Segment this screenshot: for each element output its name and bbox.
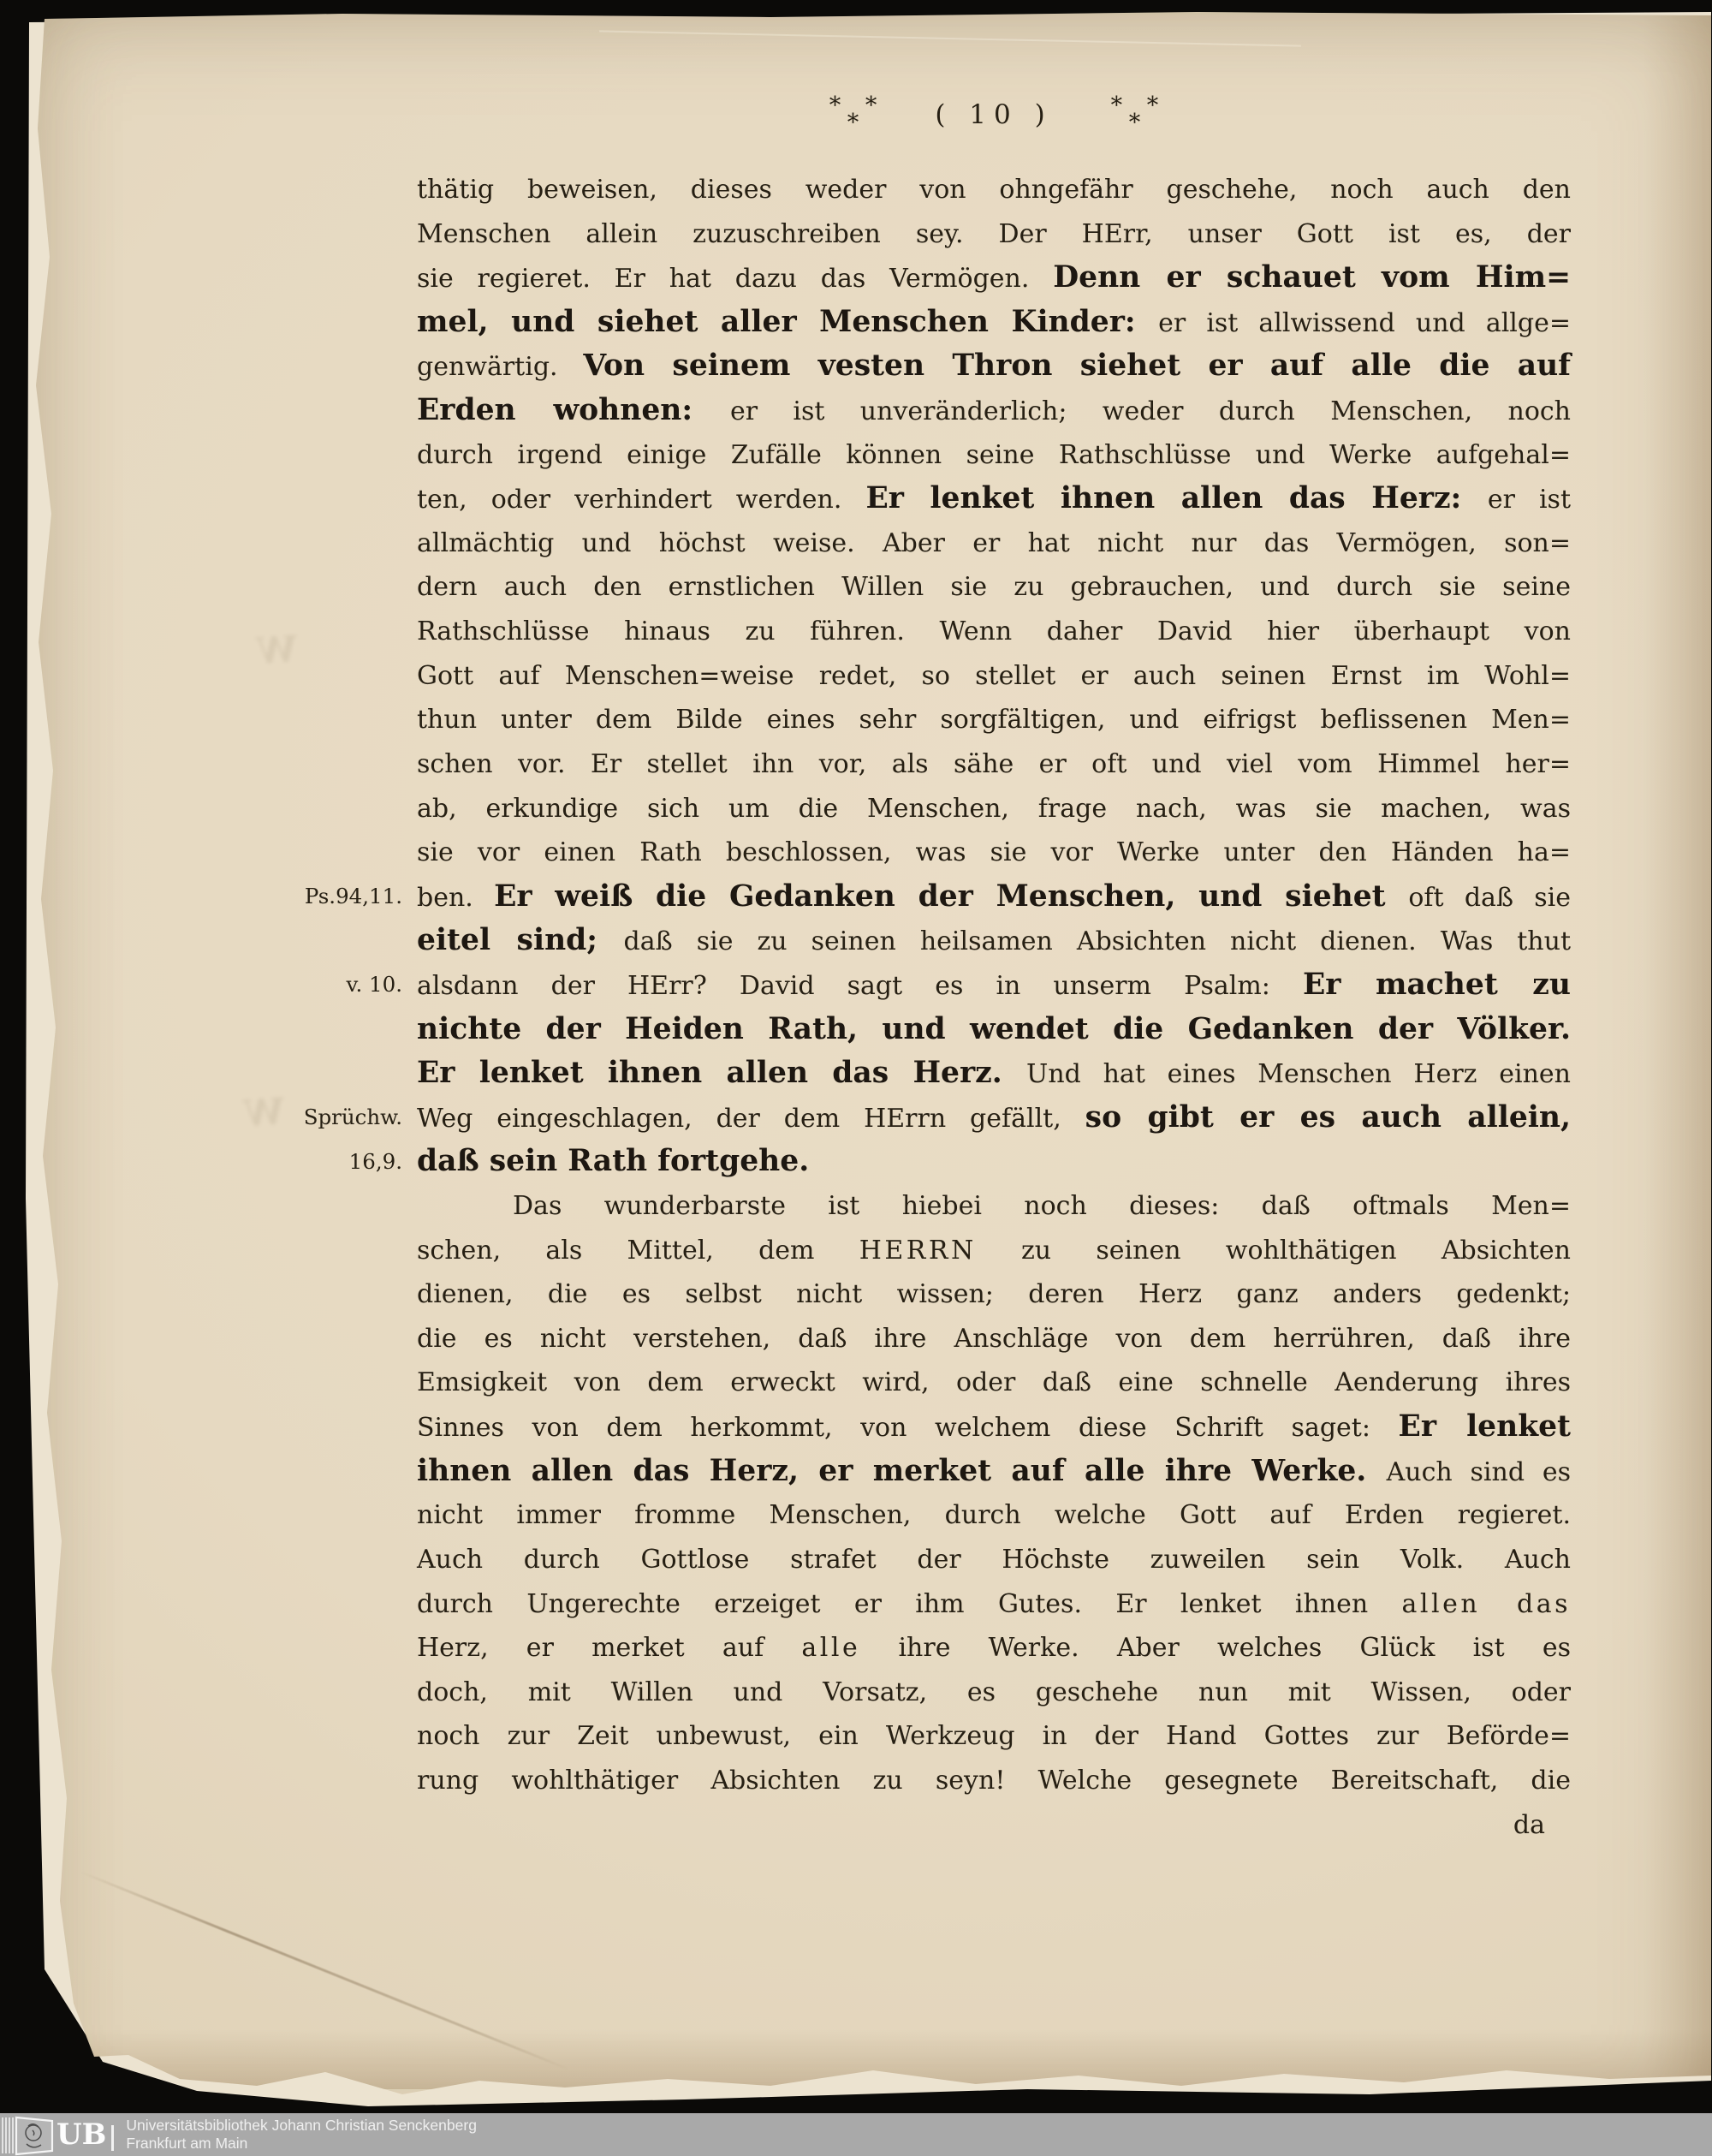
text-segment: dern auch den ernstlichen Willen sie zu … bbox=[417, 572, 1571, 602]
text-line: mel, und siehet aller Menschen Kinder: e… bbox=[417, 301, 1571, 345]
text-segment: ab, erkundige sich um die Menschen, frag… bbox=[417, 794, 1571, 824]
logo-separator bbox=[111, 2125, 114, 2151]
text-line: thätig beweisen, dieses weder von ohngef… bbox=[417, 168, 1571, 212]
text-segment: rung wohlthätiger Absichten zu seyn! Wel… bbox=[417, 1766, 1571, 1796]
page-header: * * * ( 10 ) * * * bbox=[417, 94, 1571, 135]
text-line: doch, mit Willen und Vorsatz, es gescheh… bbox=[417, 1671, 1571, 1715]
text-line: ihnen allen das Herz, er merket auf alle… bbox=[417, 1450, 1571, 1494]
text-segment: ten, oder verhindert werden. bbox=[417, 485, 865, 515]
text-line: durch irgend einige Zufälle können seine… bbox=[417, 433, 1571, 478]
text-line: daß sein Rath fortgehe. bbox=[417, 1140, 1571, 1184]
text-line: Er lenket ihnen allen das Herz. Und hat … bbox=[417, 1051, 1571, 1096]
library-location: Frankfurt am Main bbox=[126, 2135, 477, 2153]
text-line: Gott auf Menschen=weise redet, so stelle… bbox=[417, 654, 1571, 699]
text-segment: alsdann der HErr? David sagt es in unser… bbox=[417, 971, 1303, 1001]
text-segment: er ist unveränderlich; weder durch Mensc… bbox=[730, 396, 1571, 426]
text-segment: Emsigkeit von dem erweckt wird, oder daß… bbox=[417, 1367, 1571, 1397]
text-line: sie vor einen Rath beschlossen, was sie … bbox=[417, 831, 1571, 875]
scripture-quote-segment: Von seinem vesten Thron siehet er auf al… bbox=[583, 348, 1571, 383]
text-segment: noch zur Zeit unbewust, ein Werkzeug in … bbox=[417, 1721, 1571, 1751]
text-segment: thätig beweisen, dieses weder von ohngef… bbox=[417, 175, 1571, 205]
text-line: schen, als Mittel, dem HERRN zu seinen w… bbox=[417, 1229, 1571, 1273]
asterisk-ornament-left: * * * bbox=[821, 98, 886, 132]
library-name: Universitätsbibliothek Johann Christian … bbox=[126, 2117, 477, 2135]
margin-note: v. 10. bbox=[255, 965, 402, 1004]
text-segment: oft daß sie bbox=[1408, 883, 1571, 913]
scripture-quote-segment: nichte der Heiden Rath, und wendet die G… bbox=[417, 1012, 1571, 1046]
text-segment: ben. bbox=[417, 883, 494, 913]
scripture-quote-segment: Erden wohnen: bbox=[417, 393, 730, 427]
text-line: Sinnes von dem herkommt, von welchem die… bbox=[417, 1405, 1571, 1450]
text-segment: durch Ungerechte erzeiget er ihm Gutes. … bbox=[417, 1589, 1402, 1619]
ink-bleed-mark: W bbox=[255, 628, 298, 672]
catchword: da bbox=[417, 1803, 1545, 1848]
text-line: ten, oder verhindert werden. Er lenket i… bbox=[417, 477, 1571, 521]
text-segment: er ist allwissend und allge= bbox=[1158, 308, 1571, 338]
text-segment: thun unter dem Bilde eines sehr sorgfält… bbox=[417, 705, 1571, 735]
text-line: eitel sind; daß sie zu seinen heilsamen … bbox=[417, 919, 1571, 963]
library-name-block: Universitätsbibliothek Johann Christian … bbox=[126, 2117, 477, 2153]
text-line: genwärtig. Von seinem vesten Thron siehe… bbox=[417, 344, 1571, 389]
scripture-quote-segment: eitel sind; bbox=[417, 923, 624, 957]
text-line: Rathschlüsse hinaus zu führen. Wenn dahe… bbox=[417, 610, 1571, 654]
text-line: Weg eingeschlagen, der dem HErrn gefällt… bbox=[417, 1096, 1571, 1141]
text-segment: Auch sind es bbox=[1387, 1457, 1571, 1487]
text-line: rung wohlthätiger Absichten zu seyn! Wel… bbox=[417, 1759, 1571, 1803]
text-segment: HERRN bbox=[859, 1236, 977, 1266]
margin-note: 16,9. bbox=[255, 1142, 402, 1182]
text-segment: sie regieret. Er hat dazu das Vermögen. bbox=[417, 264, 1053, 294]
text-segment: allen das bbox=[1402, 1589, 1571, 1619]
text-segment: Menschen allein zuzuschreiben sey. Der H… bbox=[417, 219, 1571, 249]
text-segment: Gott auf Menschen=weise redet, so stelle… bbox=[417, 661, 1571, 691]
text-segment: schen vor. Er stellet ihn vor, als sähe … bbox=[417, 749, 1571, 779]
text-line: die es nicht verstehen, daß ihre Anschlä… bbox=[417, 1317, 1571, 1361]
margin-note: Sprüchw. bbox=[255, 1098, 402, 1137]
text-line: allmächtig und höchst weise. Aber er hat… bbox=[417, 521, 1571, 566]
asterisk-ornament-right: * * * bbox=[1103, 98, 1168, 132]
text-segment: sie vor einen Rath beschlossen, was sie … bbox=[417, 837, 1571, 867]
text-line: noch zur Zeit unbewust, ein Werkzeug in … bbox=[417, 1714, 1571, 1759]
text-line: Herz, er merket auf alle ihre Werke. Abe… bbox=[417, 1626, 1571, 1671]
text-segment: allmächtig und höchst weise. Aber er hat… bbox=[417, 528, 1571, 558]
text-line: nichte der Heiden Rath, und wendet die G… bbox=[417, 1008, 1571, 1052]
scripture-quote-segment: Er lenket bbox=[1399, 1409, 1571, 1444]
ub-logo: UB bbox=[0, 2113, 114, 2156]
text-line: dienen, die es selbst nicht wissen; dere… bbox=[417, 1272, 1571, 1317]
scripture-quote-segment: Denn er schauet vom Him= bbox=[1053, 260, 1571, 295]
ub-acronym: UB bbox=[56, 2113, 106, 2156]
text-segment: durch irgend einige Zufälle können seine… bbox=[417, 440, 1571, 470]
text-segment: Das wunderbarste ist hiebei noch dieses:… bbox=[513, 1191, 1571, 1221]
text-segment: nicht immer fromme Menschen, durch welch… bbox=[417, 1500, 1571, 1530]
scripture-quote-segment: Er lenket ihnen allen das Herz: bbox=[865, 481, 1487, 515]
text-line: ab, erkundige sich um die Menschen, frag… bbox=[417, 787, 1571, 831]
text-line: thun unter dem Bilde eines sehr sorgfält… bbox=[417, 698, 1571, 742]
text-segment: ihre Werke. Aber welches Glück ist es bbox=[860, 1633, 1571, 1663]
scripture-quote-segment: mel, und siehet aller Menschen Kinder: bbox=[417, 305, 1158, 339]
text-line: Menschen allein zuzuschreiben sey. Der H… bbox=[417, 212, 1571, 257]
text-segment: zu seinen wohlthätigen Absichten bbox=[977, 1236, 1571, 1266]
text-line: sie regieret. Er hat dazu das Vermögen. … bbox=[417, 256, 1571, 301]
text-line: schen vor. Er stellet ihn vor, als sähe … bbox=[417, 742, 1571, 787]
scripture-quote-segment: ihnen allen das Herz, er merket auf alle… bbox=[417, 1454, 1387, 1488]
text-segment: Rathschlüsse hinaus zu führen. Wenn dahe… bbox=[417, 616, 1571, 646]
text-segment: doch, mit Willen und Vorsatz, es gescheh… bbox=[417, 1677, 1571, 1707]
text-line: Das wunderbarste ist hiebei noch dieses:… bbox=[417, 1184, 1571, 1229]
text-segment: Auch durch Gottlose strafet der Höchste … bbox=[417, 1545, 1571, 1575]
body-text: thätig beweisen, dieses weder von ohngef… bbox=[417, 168, 1571, 1803]
text-segment: genwärtig. bbox=[417, 352, 583, 382]
text-line: nicht immer fromme Menschen, durch welch… bbox=[417, 1493, 1571, 1538]
text-line: Erden wohnen: er ist unveränderlich; wed… bbox=[417, 389, 1571, 433]
text-segment: Und hat eines Menschen Herz einen bbox=[1026, 1059, 1571, 1089]
text-segment: Weg eingeschlagen, der dem HErrn gefällt… bbox=[417, 1104, 1085, 1134]
margin-note: Ps.94,11. bbox=[255, 877, 402, 916]
page-number: ( 10 ) bbox=[935, 94, 1052, 135]
text-line: alsdann der HErr? David sagt es in unser… bbox=[417, 963, 1571, 1008]
text-line: Auch durch Gottlose strafet der Höchste … bbox=[417, 1538, 1571, 1582]
text-segment: alle bbox=[801, 1633, 860, 1663]
text-line: Emsigkeit von dem erweckt wird, oder daß… bbox=[417, 1361, 1571, 1405]
scripture-quote-segment: Er weiß die Gedanken der Menschen, und s… bbox=[494, 879, 1408, 914]
text-line: durch Ungerechte erzeiget er ihm Gutes. … bbox=[417, 1582, 1571, 1627]
text-line: dern auch den ernstlichen Willen sie zu … bbox=[417, 565, 1571, 610]
text-segment: schen, als Mittel, dem bbox=[417, 1236, 859, 1266]
ub-logo-icon bbox=[0, 2113, 55, 2156]
text-segment: Sinnes von dem herkommt, von welchem die… bbox=[417, 1413, 1399, 1443]
text-segment: die es nicht verstehen, daß ihre Anschlä… bbox=[417, 1324, 1571, 1354]
text-segment: daß sie zu seinen heilsamen Absichten ni… bbox=[624, 926, 1571, 956]
library-footer-bar: UB Universitätsbibliothek Johann Christi… bbox=[0, 2113, 1712, 2156]
scripture-quote-segment: daß sein Rath fortgehe. bbox=[417, 1144, 809, 1178]
scripture-quote-segment: so gibt er es auch allein, bbox=[1085, 1100, 1571, 1135]
text-segment: dienen, die es selbst nicht wissen; dere… bbox=[417, 1279, 1571, 1309]
text-segment: Herz, er merket auf bbox=[417, 1633, 801, 1663]
scripture-quote-segment: Er machet zu bbox=[1303, 968, 1571, 1002]
text-line: ben. Er weiß die Gedanken der Menschen, … bbox=[417, 875, 1571, 920]
scripture-quote-segment: Er lenket ihnen allen das Herz. bbox=[417, 1056, 1026, 1090]
text-segment: er ist bbox=[1488, 485, 1571, 515]
flag-shape bbox=[16, 2117, 52, 2154]
